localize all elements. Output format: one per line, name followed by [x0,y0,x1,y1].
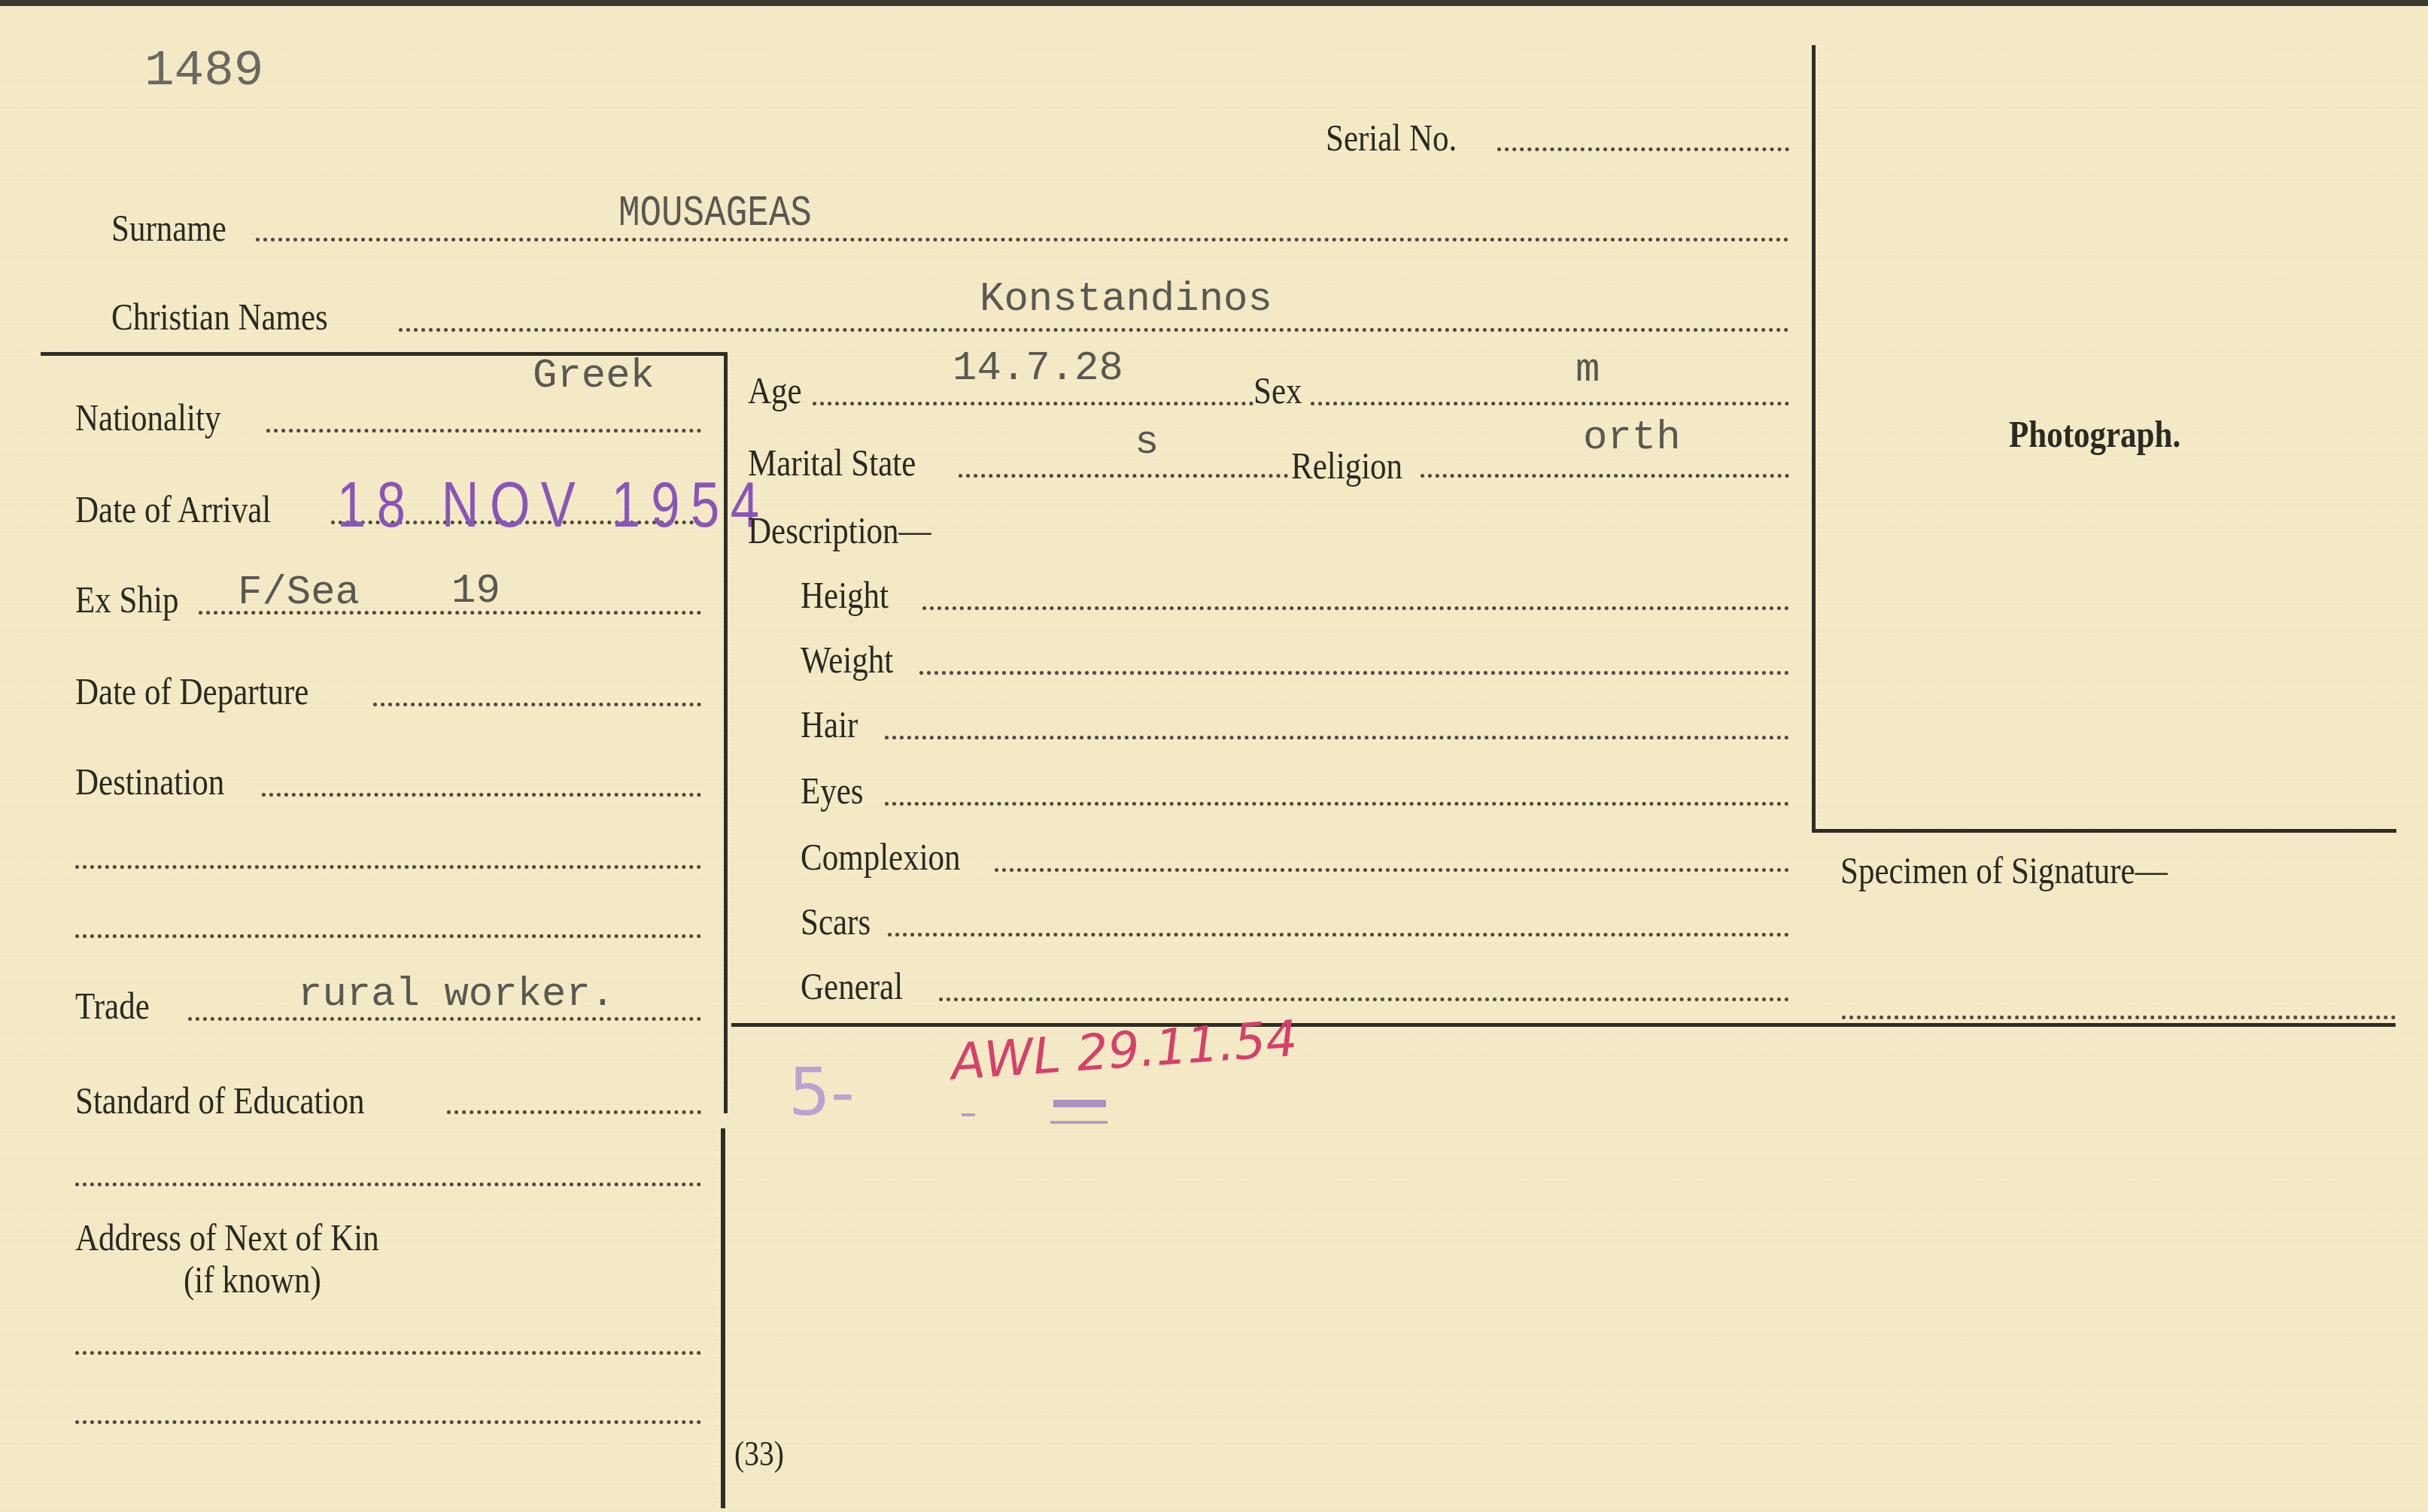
description-label: Description— [748,512,931,549]
weight-label: Weight [801,641,893,679]
marital-state-field[interactable] [959,474,1288,478]
destination-field-2[interactable] [75,865,701,869]
photo-box-bottom-border [1812,829,2396,833]
general-field[interactable] [939,997,1789,1001]
scars-field[interactable] [888,933,1789,937]
date-of-departure-label: Date of Departure [75,673,308,710]
surname-value: MOUSAGEAS [618,193,812,236]
christian-names-field[interactable] [399,328,1789,332]
sex-field[interactable] [1311,402,1789,405]
left-column-right-border-bottom [721,1128,725,1508]
ex-ship-value: F/Sea [238,573,360,614]
left-column-right-border-top [724,352,728,1113]
serial-no-label: Serial No. [1326,119,1457,156]
destination-label: Destination [75,763,224,800]
photograph-area[interactable] [1816,45,2396,827]
standard-of-education-field-2[interactable] [75,1183,701,1186]
height-field[interactable] [922,606,1789,610]
small-underline-mark [1050,1121,1108,1124]
pencil-mark: 5- [789,1059,855,1125]
nationality-label: Nationality [75,399,220,436]
standard-of-education-field[interactable] [447,1110,701,1114]
registration-card: 1489 Serial No. Surname MOUSAGEAS Christ… [0,0,2428,1512]
weight-field[interactable] [919,671,1789,675]
height-label: Height [801,576,889,614]
age-label: Age [748,372,802,409]
small-tick-mark [962,1113,975,1116]
photo-box-left-border [1812,45,1816,831]
marital-state-label: Marital State [748,444,916,481]
serial-no-field[interactable] [1497,147,1789,151]
next-of-kin-sublabel: (if known) [184,1261,321,1298]
sex-label: Sex [1254,372,1302,409]
standard-of-education-label: Standard of Education [75,1082,365,1119]
small-stamp-mark [1053,1100,1106,1107]
religion-field[interactable] [1421,474,1789,478]
religion-label: Religion [1291,447,1402,484]
general-label: General [801,967,903,1005]
signature-label: Specimen of Signature— [1840,852,2168,889]
trade-label: Trade [75,987,150,1025]
marital-state-value: s [1135,423,1159,463]
next-of-kin-field-2[interactable] [75,1420,701,1424]
hair-field[interactable] [885,736,1789,739]
sex-value: m [1576,351,1600,391]
age-field[interactable] [813,402,1254,405]
trade-value: rural worker. [298,975,615,1016]
surname-label: Surname [111,209,226,247]
surname-field[interactable] [256,238,1789,241]
complexion-field[interactable] [995,868,1789,872]
christian-names-label: Christian Names [111,298,328,335]
date-of-departure-field[interactable] [373,703,701,706]
signature-field[interactable] [1842,1016,2396,1019]
description-bottom-border [731,1023,2396,1027]
destination-field-3[interactable] [75,934,701,938]
age-value: 14.7.28 [953,349,1123,390]
ex-ship-label: Ex Ship [75,581,178,618]
date-of-arrival-stamp: 18 NOV 1954 [337,472,770,537]
date-of-arrival-label: Date of Arrival [75,490,271,528]
eyes-label: Eyes [801,772,864,809]
religion-value: orth [1583,418,1681,459]
next-of-kin-field-1[interactable] [75,1351,701,1355]
ex-ship-number: 19 [451,572,500,612]
hair-label: Hair [801,706,858,743]
file-number: 1489 [144,47,263,96]
eyes-field[interactable] [885,802,1789,806]
nationality-value: Greek [533,357,655,397]
nationality-field[interactable] [266,429,701,433]
card-top-edge [0,0,2428,6]
next-of-kin-label: Address of Next of Kin [75,1219,379,1256]
christian-names-value: Konstandinos [980,280,1272,320]
destination-field-1[interactable] [262,793,701,797]
complexion-label: Complexion [801,838,961,876]
form-number: (33) [734,1437,784,1471]
scars-label: Scars [801,903,871,940]
